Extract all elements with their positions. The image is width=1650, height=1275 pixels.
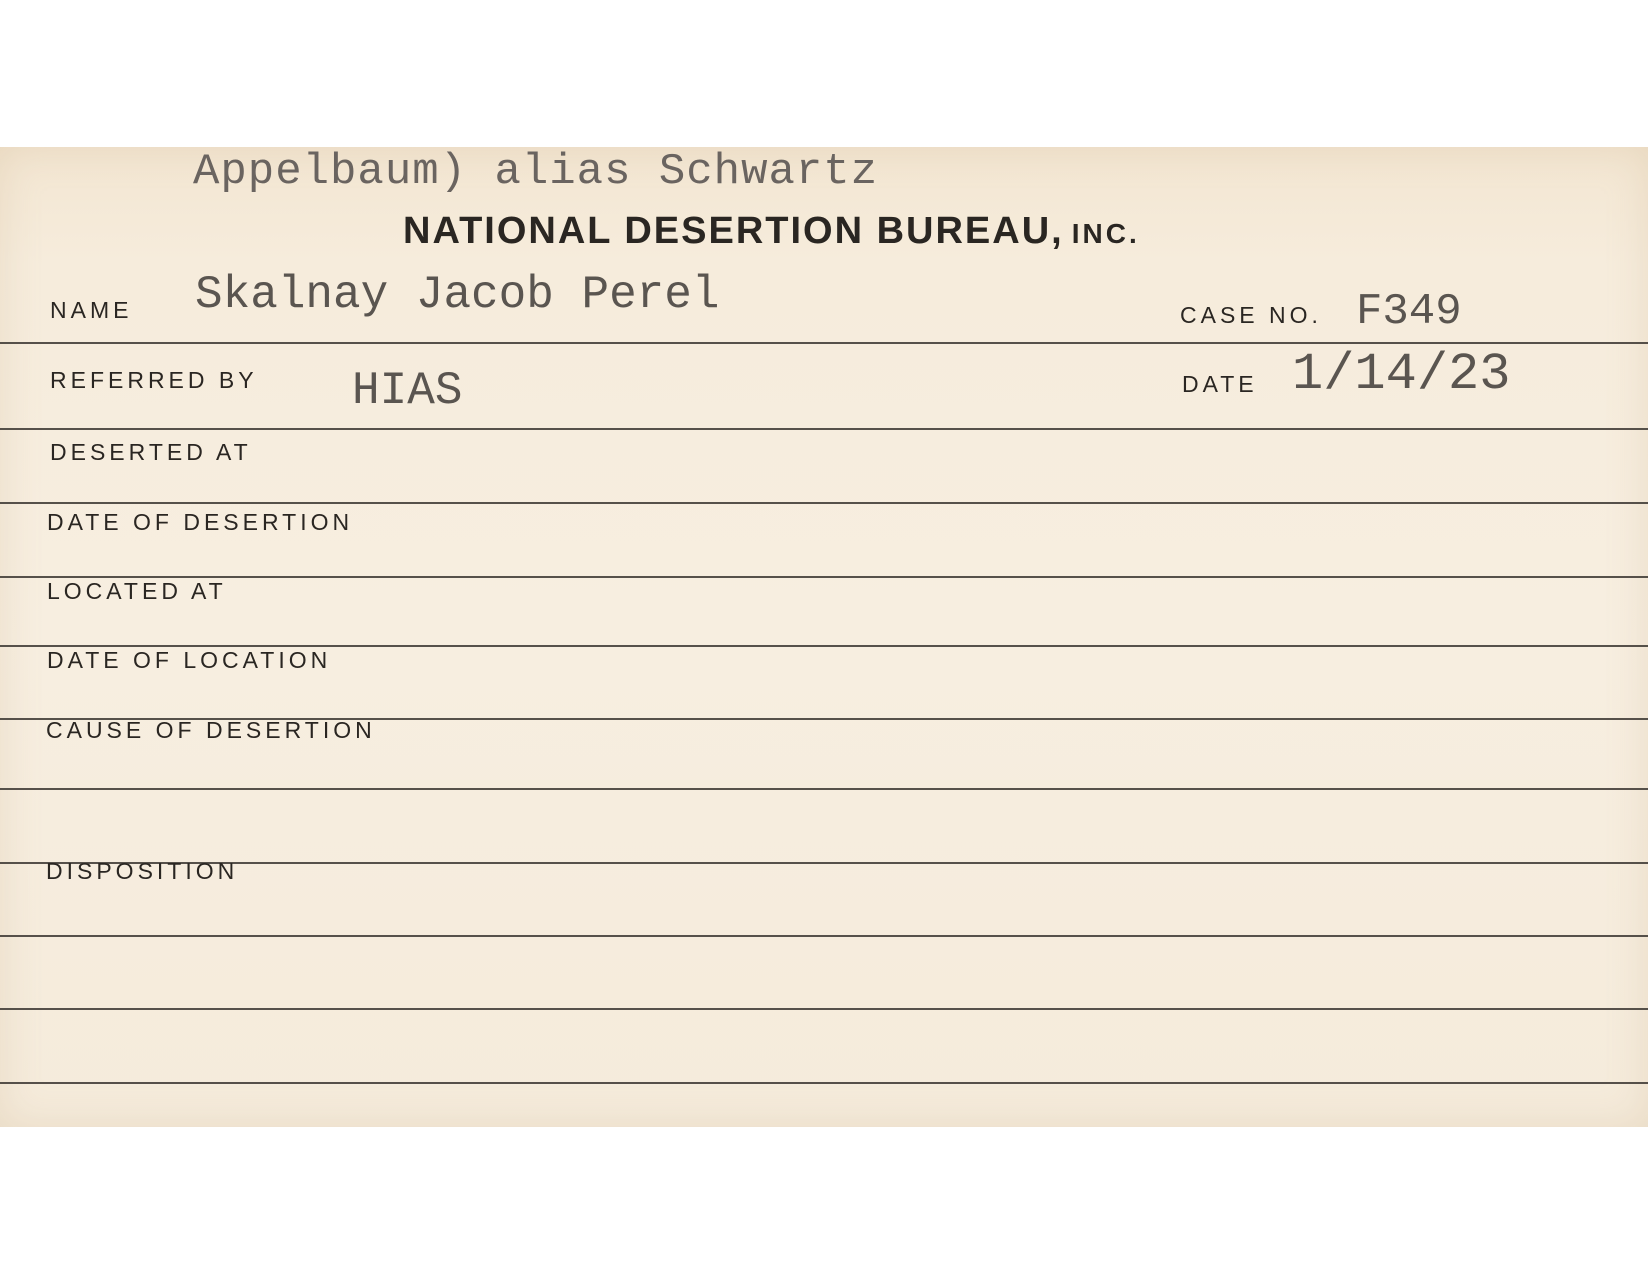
rule-disposition: [0, 935, 1648, 937]
rule-blank-3: [0, 1082, 1648, 1084]
date-of-desertion-label: DATE OF DESERTION: [47, 509, 353, 536]
name-value: Skalnay Jacob Perel: [195, 269, 720, 321]
organization-name: NATIONAL DESERTION BUREAU,: [403, 210, 1064, 252]
date-label: DATE: [1182, 371, 1258, 398]
rule-referred-by: [0, 428, 1648, 430]
rule-cause-of-desertion: [0, 788, 1648, 790]
referred-by-value: HIAS: [352, 365, 462, 417]
rule-deserted-at: [0, 502, 1648, 504]
located-at-label: LOCATED AT: [47, 578, 227, 605]
rule-blank-2: [0, 1008, 1648, 1010]
name-label: NAME: [50, 297, 132, 324]
rule-name: [0, 342, 1648, 344]
organization-suffix: INC.: [1072, 218, 1140, 249]
case-no-label: CASE NO.: [1180, 302, 1322, 329]
alias-line: Appelbaum) alias Schwartz: [193, 147, 878, 197]
date-value: 1/14/23: [1292, 345, 1510, 404]
date-of-location-label: DATE OF LOCATION: [47, 647, 331, 674]
deserted-at-label: DESERTED AT: [50, 439, 252, 466]
case-no-value: F349: [1356, 287, 1462, 337]
disposition-label: DISPOSITION: [46, 858, 238, 885]
index-card: Appelbaum) alias Schwartz NATIONAL DESER…: [0, 147, 1648, 1127]
referred-by-label: REFERRED BY: [50, 367, 258, 394]
rule-date-of-desertion: [0, 576, 1648, 578]
cause-of-desertion-label: CAUSE OF DESERTION: [46, 717, 376, 744]
rule-blank-1: [0, 862, 1648, 864]
organization-heading: NATIONAL DESERTION BUREAU,INC.: [403, 210, 1140, 253]
